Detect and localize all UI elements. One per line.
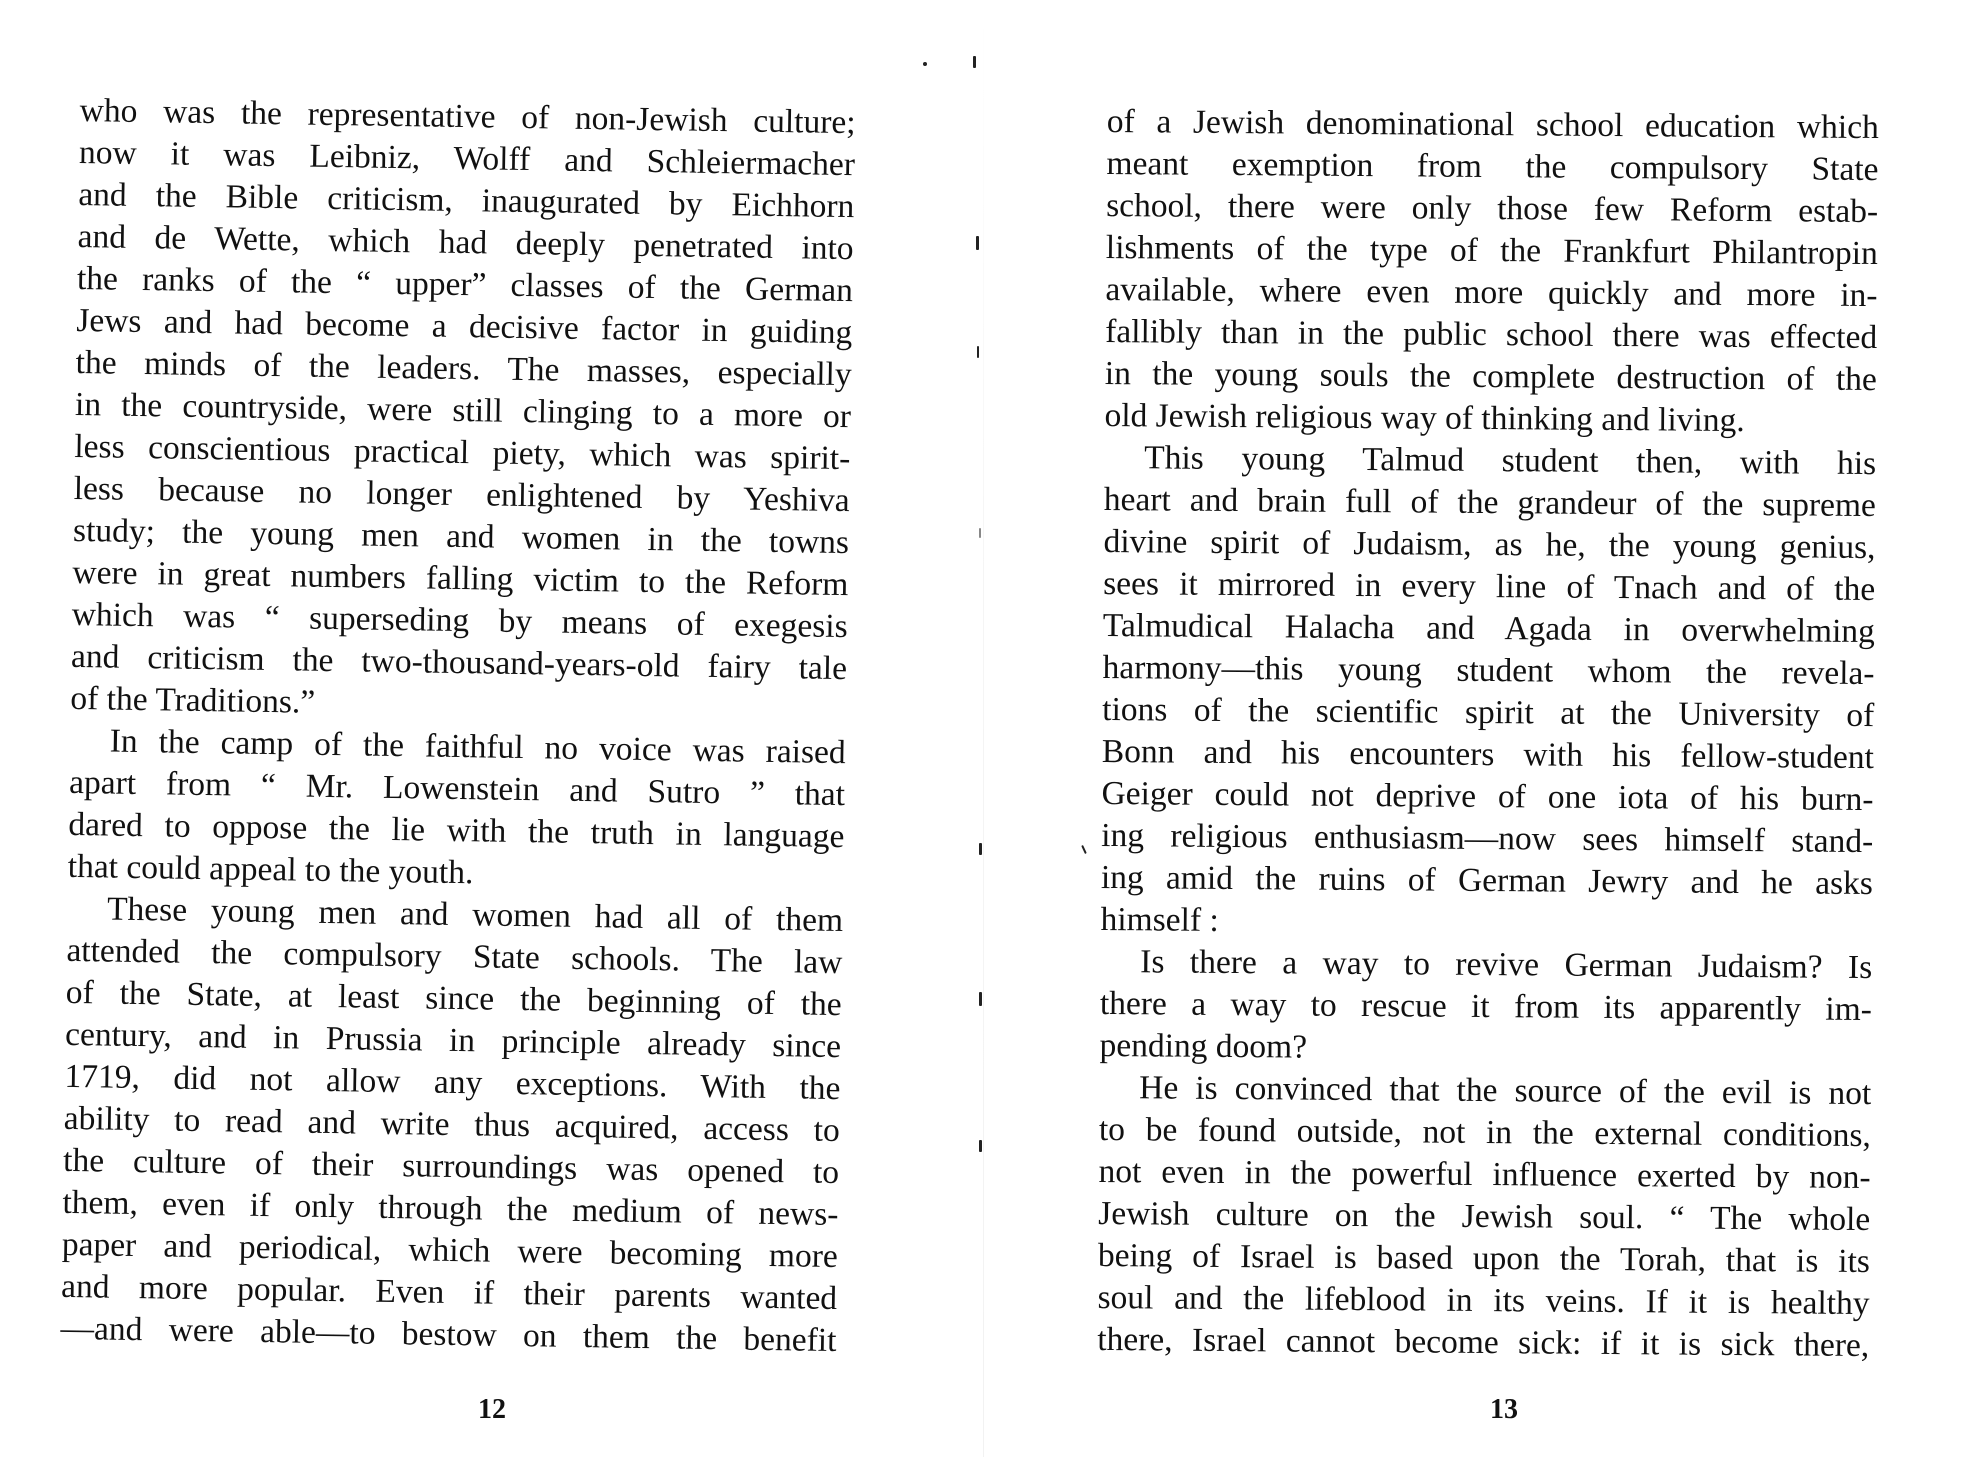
- text-line: to be found outside, not in the external…: [1099, 1109, 1871, 1157]
- text-line: harmony—this young student whom the reve…: [1102, 647, 1874, 695]
- text-line: Bonn and his encounters with his fellow-…: [1102, 731, 1874, 779]
- text-line: there, Israel cannot become sick: if it …: [1097, 1319, 1869, 1367]
- paragraph-start-line: Is there a way to revive German Judaism?…: [1100, 941, 1872, 989]
- paragraph-start-line: He is convinced that the source of the e…: [1099, 1067, 1871, 1115]
- right-page: of a Jewish denominational school educat…: [985, 0, 1979, 1457]
- text-line: ing amid the ruins of German Jewry and h…: [1101, 857, 1873, 905]
- text-line: being of Israel is based upon the Torah,…: [1098, 1235, 1870, 1283]
- text-line: ing religious enthusiasm—now sees himsel…: [1101, 815, 1873, 863]
- text-line: Jewish culture on the Jewish soul. “ The…: [1098, 1193, 1870, 1241]
- left-page: who was the representative of non-Jewish…: [0, 0, 985, 1457]
- text-line: available, where even more quickly and m…: [1105, 269, 1877, 317]
- text-line: sees it mirrored in every line of Tnach …: [1103, 563, 1875, 611]
- paragraph-start-line: This young Talmud student then, with his: [1104, 437, 1876, 485]
- text-line: soul and the lifeblood in its veins. If …: [1097, 1277, 1869, 1325]
- text-line: lishments of the type of the Frankfurt P…: [1106, 227, 1878, 275]
- text-line: in the young souls the complete destruct…: [1105, 353, 1877, 401]
- text-line: fallibly than in the public school there…: [1105, 311, 1877, 359]
- text-line: not even in the powerful influence exert…: [1098, 1151, 1870, 1199]
- page-number-right: 13: [1490, 1394, 1518, 1426]
- text-line: Talmudical Halacha and Agada in overwhel…: [1103, 605, 1875, 653]
- page-number-left: 12: [478, 1394, 506, 1426]
- left-text-column: who was the representative of non-Jewish…: [60, 90, 856, 1362]
- text-line: divine spirit of Judaism, as he, the you…: [1103, 521, 1875, 569]
- text-line: Geiger could not deprive of one iota of …: [1101, 773, 1873, 821]
- text-line: meant exemption from the compulsory Stat…: [1106, 143, 1878, 191]
- text-line: of a Jewish denominational school educat…: [1107, 101, 1879, 149]
- text-line: heart and brain full of the grandeur of …: [1104, 479, 1876, 527]
- text-line: there a way to rescue it from its appare…: [1100, 983, 1872, 1031]
- right-text-column: of a Jewish denominational school educat…: [1097, 101, 1879, 1367]
- paragraph-end-line: pending doom?: [1099, 1025, 1871, 1073]
- paragraph-end-line: himself :: [1100, 899, 1872, 947]
- text-line: tions of the scientific spirit at the Un…: [1102, 689, 1874, 737]
- paragraph-end-line: old Jewish religious way of thinking and…: [1104, 395, 1876, 443]
- text-line: school, there were only those few Reform…: [1106, 185, 1878, 233]
- book-spread: who was the representative of non-Jewish…: [0, 0, 1979, 1457]
